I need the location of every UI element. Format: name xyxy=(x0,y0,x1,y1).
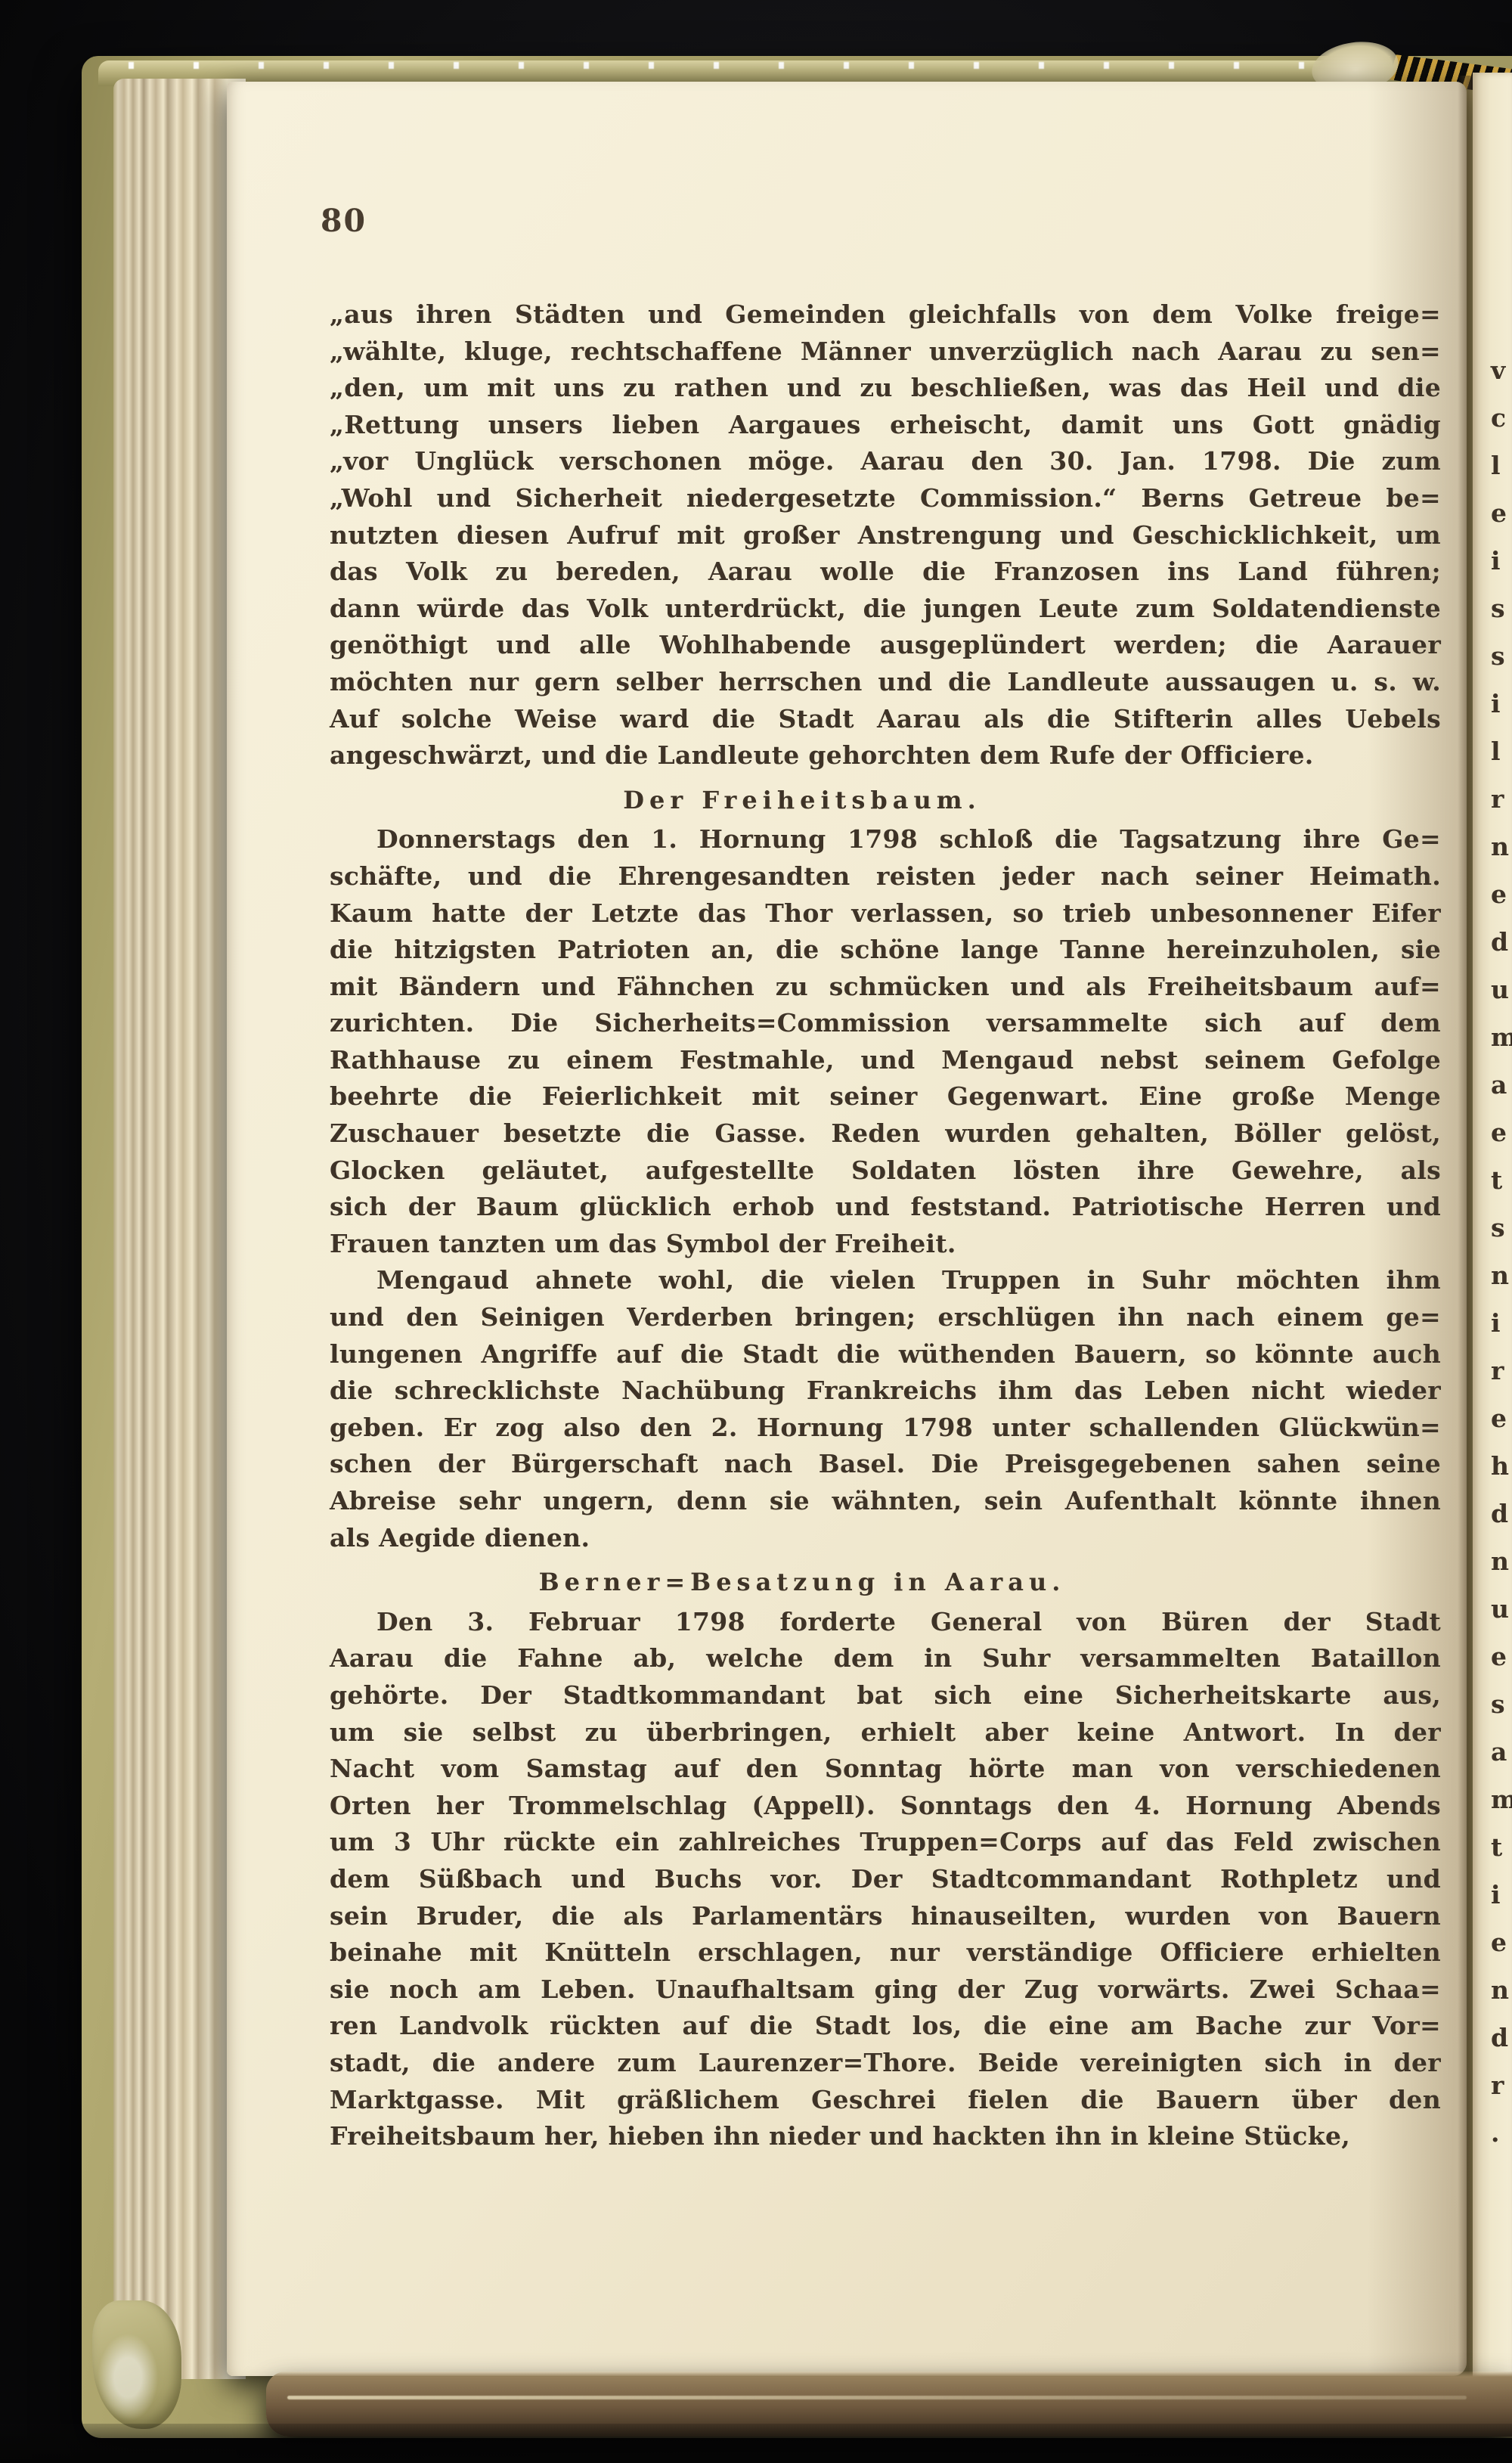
facing-page-letter-fragment: n xyxy=(1491,1261,1512,1290)
scanned-book-photo: 80 „aus ihren Städten und Gemeinden glei… xyxy=(0,0,1512,2463)
text-line: Nacht vom Samstag auf den Sonntag hörte … xyxy=(330,1751,1441,1788)
facing-page-letter-fragment: h xyxy=(1491,1451,1512,1481)
text-line: ren Landvolk rückten auf die Stadt los, … xyxy=(330,2008,1441,2045)
text-block: „aus ihren Städten und Gemeinden gleichf… xyxy=(330,296,1441,2155)
text-line: geben. Er zog also den 2. Hornung 1798 u… xyxy=(330,1410,1441,1447)
text-line: Rathhause zu einem Festmahle, und Mengau… xyxy=(330,1042,1441,1079)
text-line: „wählte, kluge, rechtschaffene Männer un… xyxy=(330,333,1441,371)
text-line: Marktgasse. Mit gräßlichem Geschrei fiel… xyxy=(330,2082,1441,2119)
paragraph: Donnerstags den 1. Hornung 1798 schloß d… xyxy=(330,821,1441,1262)
section-heading: Der Freiheitsbaum. xyxy=(246,782,1358,819)
facing-page-letter-fragment: u xyxy=(1491,1594,1512,1624)
text-line: sich der Baum glücklich erhob und festst… xyxy=(330,1189,1441,1226)
facing-page-letter-fragment: n xyxy=(1491,832,1512,861)
facing-page-letter-fragment: s xyxy=(1491,641,1512,671)
facing-page-letter-fragment: s xyxy=(1491,594,1512,623)
text-line: Donnerstags den 1. Hornung 1798 schloß d… xyxy=(330,821,1441,858)
facing-page-letter-fragment: r xyxy=(1491,1356,1512,1385)
text-line: genöthigt und alle Wohlhabende ausgeplün… xyxy=(330,627,1441,664)
text-line: als Aegide dienen. xyxy=(330,1520,1441,1557)
facing-page-letter-fragment: m xyxy=(1491,1785,1512,1814)
facing-page-letter-fragment: d xyxy=(1491,2023,1512,2052)
facing-page-letter-fragment: a xyxy=(1491,1070,1512,1100)
text-line: Freiheitsbaum her, hieben ihn nieder und… xyxy=(330,2118,1441,2155)
text-line: Zuschauer besetzte die Gasse. Reden wurd… xyxy=(330,1115,1441,1152)
facing-page-letter-fragment: i xyxy=(1491,689,1512,718)
facing-page-letter-fragment: v xyxy=(1491,355,1512,385)
text-line: und den Seinigen Verderben bringen; ersc… xyxy=(330,1299,1441,1336)
facing-page-letter-fragment: a xyxy=(1491,1737,1512,1767)
facing-page-letter-fragment: n xyxy=(1491,1546,1512,1576)
text-line: Mengaud ahnete wohl, die vielen Truppen … xyxy=(330,1262,1441,1299)
facing-page-letter-fragment: l xyxy=(1491,451,1512,480)
text-line: dann würde das Volk unterdrückt, die jun… xyxy=(330,591,1441,628)
facing-page-letter-fragment: e xyxy=(1491,1118,1512,1147)
text-line: die schrecklichste Nachübung Frankreichs… xyxy=(330,1373,1441,1410)
facing-page-letter-fragment: e xyxy=(1491,1404,1512,1433)
text-line: mit Bändern und Fähnchen zu schmücken un… xyxy=(330,969,1441,1006)
text-line: um sie selbst zu überbringen, erhielt ab… xyxy=(330,1714,1441,1751)
text-line: schäfte, und die Ehrengesandten reisten … xyxy=(330,858,1441,895)
text-line: „Wohl und Sicherheit niedergesetzte Comm… xyxy=(330,480,1441,517)
facing-page-letter-fragment: t xyxy=(1491,1165,1512,1195)
text-line: dem Süßbach und Buchs vor. Der Stadtcomm… xyxy=(330,1861,1441,1898)
text-line: das Volk zu bereden, Aarau wolle die Fra… xyxy=(330,554,1441,591)
paragraph: Mengaud ahnete wohl, die vielen Truppen … xyxy=(330,1262,1441,1556)
facing-page-letter-fragment: t xyxy=(1491,1832,1512,1862)
text-line: möchten nur gern selber herrschen und di… xyxy=(330,664,1441,701)
text-line: die hitzigsten Patrioten an, die schöne … xyxy=(330,932,1441,969)
text-line: „Rettung unsers lieben Aargaues erheisch… xyxy=(330,407,1441,444)
facing-page-letter-fragment: s xyxy=(1491,1213,1512,1242)
facing-page-letter-fragment: r xyxy=(1491,2071,1512,2100)
facing-page-letter-fragment: i xyxy=(1491,1880,1512,1909)
facing-page-letter-fragment: l xyxy=(1491,737,1512,766)
text-line: beinahe mit Knütteln erschlagen, nur ver… xyxy=(330,1934,1441,1971)
facing-page-letter-fragment: d xyxy=(1491,927,1512,957)
page-number: 80 xyxy=(321,203,367,239)
text-line: Abreise sehr ungern, denn sie wähnten, s… xyxy=(330,1483,1441,1520)
text-line: Aarau die Fahne ab, welche dem in Suhr v… xyxy=(330,1640,1441,1677)
facing-page-letter-fragment: n xyxy=(1491,1975,1512,2005)
facing-page-letter-fragment: i xyxy=(1491,546,1512,575)
facing-page-letter-fragment: e xyxy=(1491,1642,1512,1671)
text-line: stadt, die andere zum Laurenzer=Thore. B… xyxy=(330,2045,1441,2082)
bottom-shadow xyxy=(0,2424,1512,2463)
text-line: „den, um mit uns zu rathen und zu beschl… xyxy=(330,370,1441,407)
bottom-page-edge-line xyxy=(287,2396,1467,2399)
facing-page-sliver: vcleissilrnedumaetsnirehdnuesamtiendr. xyxy=(1473,73,1512,2408)
paragraph: Den 3. Februar 1798 forderte General von… xyxy=(330,1604,1441,2155)
paragraph: „aus ihren Städten und Gemeinden gleichf… xyxy=(330,296,1441,774)
text-line: Frauen tanzten um das Symbol der Freihei… xyxy=(330,1226,1441,1263)
text-line: gehörte. Der Stadtkommandant bat sich ei… xyxy=(330,1677,1441,1714)
facing-page-letter-fragment: e xyxy=(1491,879,1512,909)
text-line: lungenen Angriffe auf die Stadt die wüth… xyxy=(330,1336,1441,1373)
text-line: Orten her Trommelschlag (Appell). Sonnta… xyxy=(330,1788,1441,1825)
text-line: „aus ihren Städten und Gemeinden gleichf… xyxy=(330,296,1441,333)
text-line: angeschwärzt, und die Landleute gehorcht… xyxy=(330,737,1441,774)
text-line: um 3 Uhr rückte ein zahlreiches Truppen=… xyxy=(330,1824,1441,1861)
text-line: Glocken geläutet, aufgestellte Soldaten … xyxy=(330,1152,1441,1190)
facing-page-letter-fragment: s xyxy=(1491,1689,1512,1719)
text-line: sein Bruder, die als Parlamentärs hinaus… xyxy=(330,1898,1441,1935)
text-line: „vor Unglück verschonen möge. Aarau den … xyxy=(330,443,1441,480)
facing-page-letter-fragment: r xyxy=(1491,784,1512,814)
facing-page-letter-fragment: u xyxy=(1491,975,1512,1004)
text-line: schen der Bürgerschaft nach Basel. Die P… xyxy=(330,1446,1441,1483)
facing-page-letter-fragment: e xyxy=(1491,498,1512,528)
page-edges-stack xyxy=(113,79,246,2379)
section-heading: Berner=Besatzung in Aarau. xyxy=(246,1564,1358,1601)
text-line: zurichten. Die Sicherheits=Commission ve… xyxy=(330,1005,1441,1042)
book-page: 80 „aus ihren Städten und Gemeinden glei… xyxy=(227,82,1467,2376)
facing-page-letter-fragment: e xyxy=(1491,1928,1512,1957)
text-line: Auf solche Weise ward die Stadt Aarau al… xyxy=(330,701,1441,738)
text-line: Den 3. Februar 1798 forderte General von… xyxy=(330,1604,1441,1641)
facing-page-letter-fragment: m xyxy=(1491,1022,1512,1052)
facing-page-letter-fragment: . xyxy=(1491,2118,1512,2148)
facing-page-letter-fragment: i xyxy=(1491,1308,1512,1338)
facing-page-letter-fragment: d xyxy=(1491,1499,1512,1528)
text-line: nutzten diesen Aufruf mit großer Anstren… xyxy=(330,517,1441,554)
facing-page-letter-fragment: c xyxy=(1491,403,1512,433)
text-line: sie noch am Leben. Unaufhaltsam ging der… xyxy=(330,1971,1441,2009)
text-line: Kaum hatte der Letzte das Thor verlassen… xyxy=(330,895,1441,932)
text-line: beehrte die Feierlichkeit mit seiner Geg… xyxy=(330,1078,1441,1115)
